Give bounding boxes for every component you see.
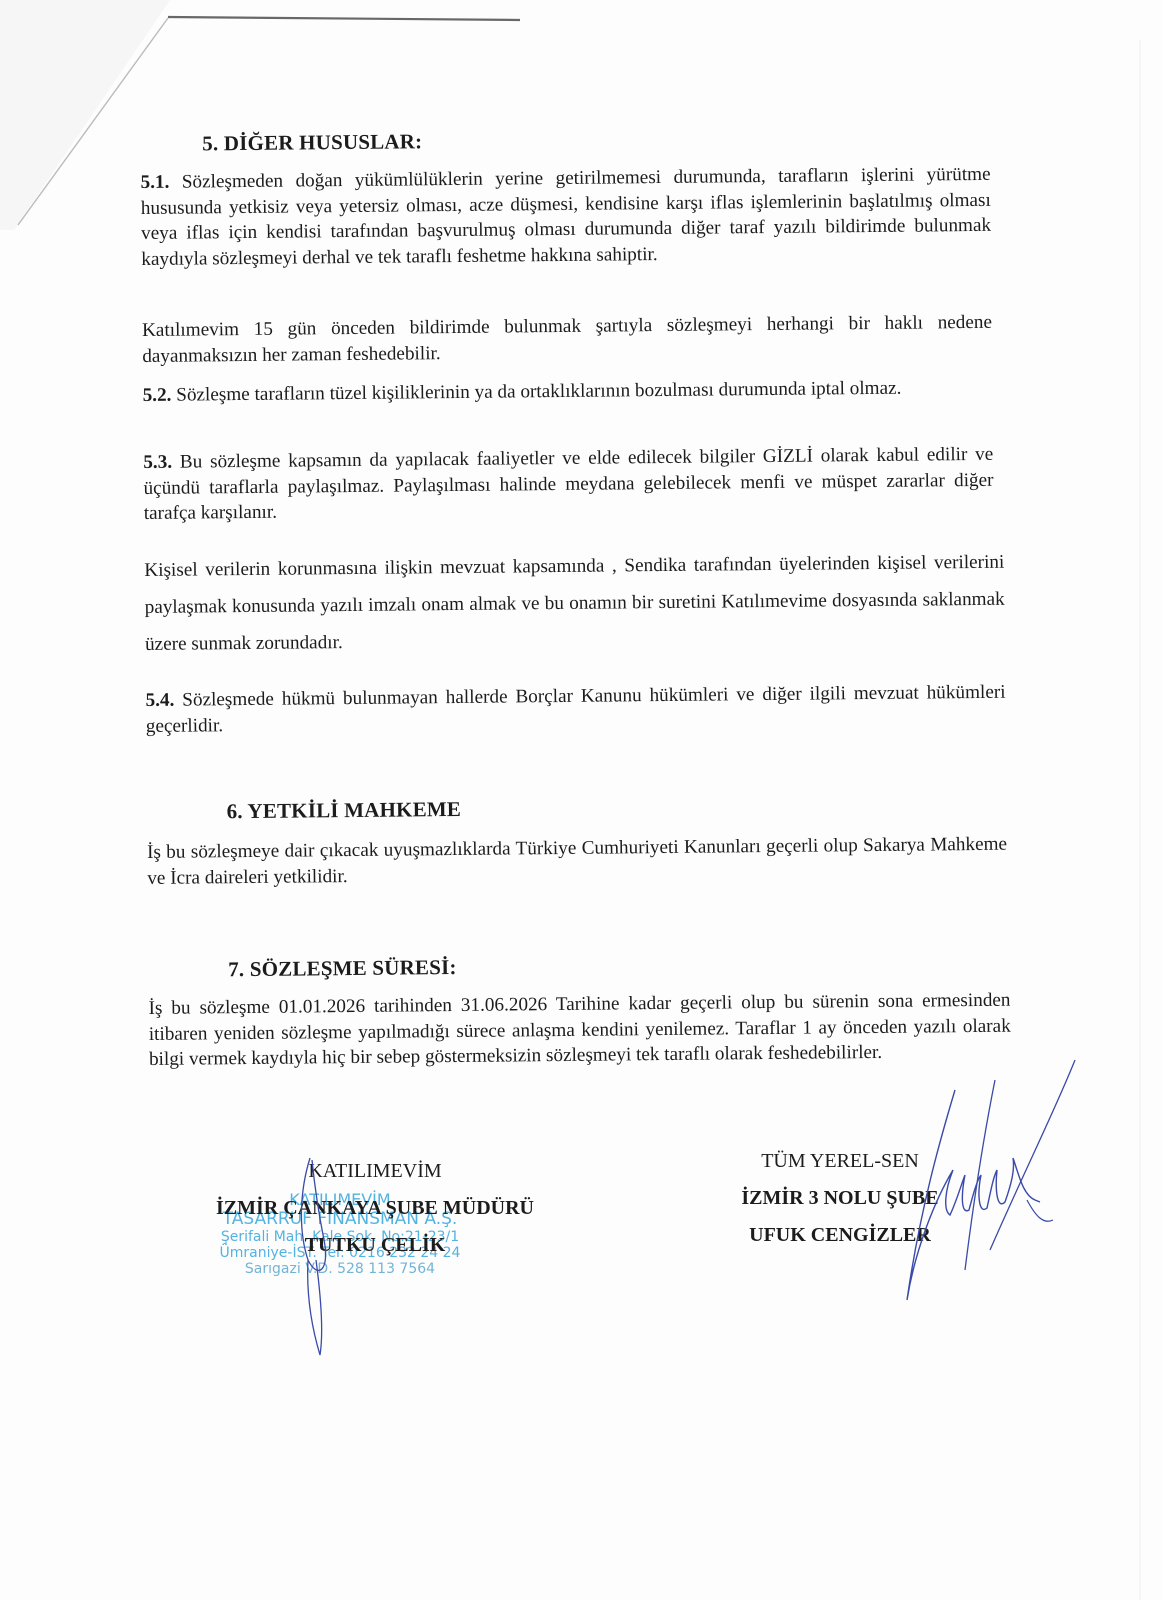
signatory-name: TUTKU ÇELİK	[175, 1234, 575, 1257]
section-5-heading: 5. DİĞER HUSUSLAR:	[140, 129, 422, 157]
clause-text: Sözleşmede hükmü bulunmayan hallerde Bor…	[146, 682, 1006, 737]
signatory-role: İZMİR 3 NOLU ŞUBE	[710, 1187, 970, 1210]
clause-text: Bu sözleşme kapsamın da yapılacak faaliy…	[143, 444, 993, 524]
section-6-heading: 6. YETKİLİ MAHKEME	[147, 797, 462, 825]
clause-number: 5.2.	[143, 385, 172, 406]
jurisdiction-paragraph: İş bu sözleşmeye dair çıkacak uyuşmazlık…	[147, 832, 1007, 891]
left-signatory-block: KATILIMEVİM İZMİR ÇANKAYA ŞUBE MÜDÜRÜ TU…	[175, 1160, 575, 1257]
clause-5-3: 5.3. Bu sözleşme kapsamın da yapılacak f…	[143, 442, 994, 527]
signatory-name: UFUK CENGİZLER	[710, 1224, 970, 1247]
section-7-heading: 7. SÖZLEŞME SÜRESİ:	[148, 955, 457, 983]
signatory-org: KATILIMEVİM	[175, 1160, 575, 1183]
contract-term-paragraph: İş bu sözleşme 01.01.2026 tarihinden 31.…	[148, 988, 1011, 1073]
signatory-role: İZMİR ÇANKAYA ŞUBE MÜDÜRÜ	[175, 1197, 575, 1220]
clause-number: 5.3.	[143, 452, 172, 473]
clause-5-4: 5.4. Sözleşmede hükmü bulunmayan hallerd…	[145, 680, 1005, 739]
right-signatory-block: TÜM YEREL-SEN İZMİR 3 NOLU ŞUBE UFUK CEN…	[710, 1150, 970, 1247]
clause-text: Sözleşme tarafların tüzel kişiliklerinin…	[176, 378, 901, 406]
signatory-org: TÜM YEREL-SEN	[710, 1150, 970, 1173]
clause-number: 5.1.	[140, 172, 169, 193]
clause-text: Sözleşmeden doğan yükümlülüklerin yerine…	[141, 164, 991, 270]
clause-5-1: 5.1. Sözleşmeden doğan yükümlülüklerin y…	[140, 162, 991, 272]
clause-number: 5.4.	[145, 690, 174, 711]
stamp-line: Sarıgazi V.D. 528 113 7564	[200, 1261, 480, 1277]
personal-data-paragraph: Kişisel verilerin korunmasına ilişkin me…	[144, 544, 1005, 663]
termination-notice-paragraph: Katılımevim 15 gün önceden bildirimde bu…	[142, 310, 992, 369]
